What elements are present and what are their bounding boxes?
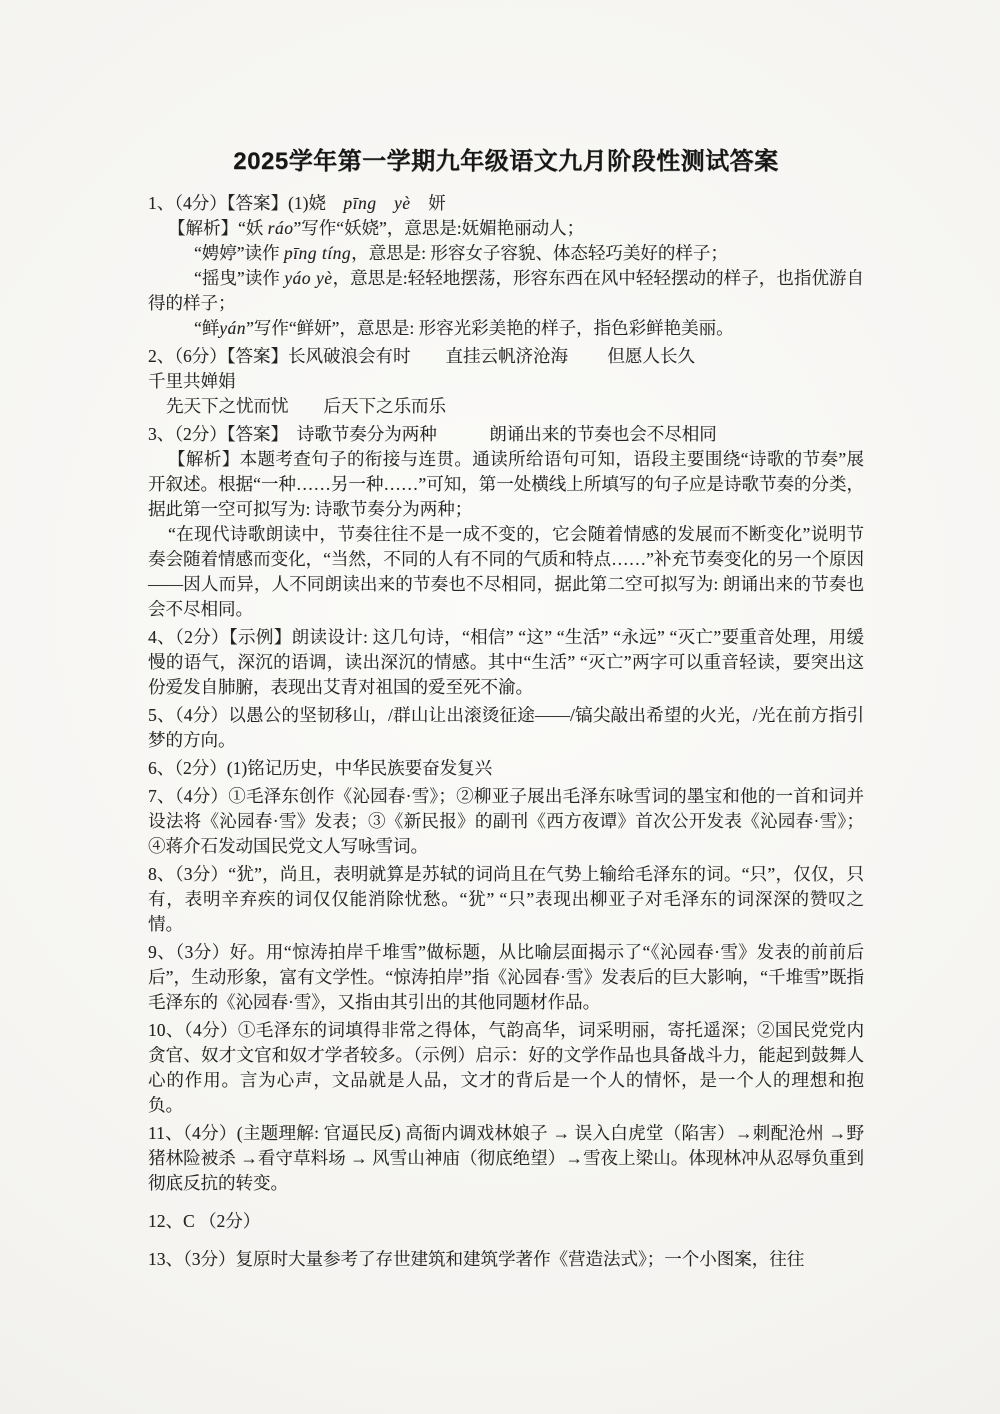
text-run: 8、（3分）“犹”，尚且，表明就算是苏轼的词尚且在气势上输给毛泽东的词。“只”，… xyxy=(148,864,864,934)
q2-answer: 2、（6分）【答案】长风破浪会有时 直挂云帆济沧海 但愿人长久 xyxy=(148,344,864,369)
text-run: 10、（4分）①毛泽东的词填得非常之得体，气韵高华，词采明丽，寄托遥深；②国民党… xyxy=(148,1020,864,1115)
text-run: 9、（3分）好。用“惊涛拍岸千堆雪”做标题，从比喻层面揭示了“《沁园春·雪》发表… xyxy=(148,942,864,1012)
text-run xyxy=(377,193,395,213)
pinyin-text: pīng tíng xyxy=(284,243,351,263)
q1-analysis-xianyan: “鲜yán”写作“鲜妍”，意思是: 形容光彩美艳的样子，指色彩鲜艳美丽。 xyxy=(148,316,864,341)
q11-answer: 11、（4分）(主题理解: 官逼民反) 高衙内调戏林娘子 → 误入白虎堂（陷害）… xyxy=(148,1121,864,1196)
q1-analysis-yaoye: “摇曳”读作 yáo yè，意思是:轻轻地摆荡，形容东西在风中轻轻摆动的样子，也… xyxy=(148,266,864,316)
text-run: 3、（2分）【答案】 诗歌节奏分为两种 朗诵出来的节奏也会不尽相同 xyxy=(148,424,717,444)
pinyin-text: pīng xyxy=(343,193,376,213)
q3-answer: 3、（2分）【答案】 诗歌节奏分为两种 朗诵出来的节奏也会不尽相同 xyxy=(148,422,864,447)
q8-answer: 8、（3分）“犹”，尚且，表明就算是苏轼的词尚且在气势上输给毛泽东的词。“只”，… xyxy=(148,862,864,937)
q7-answer: 7、（4分）①毛泽东创作《沁园春·雪》；②柳亚子展出毛泽东咏雪词的墨宝和他的一首… xyxy=(148,784,864,859)
q2-answer-line2: 千里共婵娟 xyxy=(148,369,864,394)
pinyin-text: ráo xyxy=(268,218,294,238)
q12-answer: 12、C （2分） xyxy=(148,1209,864,1234)
pinyin-text: yán xyxy=(219,318,246,338)
text-run: “娉婷”读作 xyxy=(194,243,284,263)
answer-sheet-page: 2025学年第一学期九年级语文九月阶段性测试答案 1、（4分）【答案】(1)娆 … xyxy=(148,146,864,1272)
text-run: “在现代诗歌朗读中，节奏往往不是一成不变的，它会随着情感的发展而不断变化”说明节… xyxy=(148,524,864,619)
q1-answer: 1、（4分）【答案】(1)娆 pīng yè 妍 xyxy=(148,191,864,216)
exam-answer-screenshot: { "colors": { "paper": "#f4f3f0", "ink":… xyxy=(0,0,1000,1414)
text-run: 妍 xyxy=(411,193,446,213)
q3-analysis-1: 【解析】本题考查句子的衔接与连贯。通读所给语句可知，语段主要围绕“诗歌的节奏”展… xyxy=(148,447,864,522)
text-run: 7、（4分）①毛泽东创作《沁园春·雪》；②柳亚子展出毛泽东咏雪词的墨宝和他的一首… xyxy=(148,786,864,856)
q6-answer: 6、（2分）(1)铭记历史，中华民族要奋发复兴 xyxy=(148,756,864,781)
text-run: 4、（2分）【示例】朗读设计: 这几句诗，“相信” “这” “生活” “永远” … xyxy=(148,627,864,697)
q5-answer: 5、（4分）以愚公的坚韧移山，/群山让出滚烫征途——/镐尖敲出希望的火光，/光在… xyxy=(148,703,864,753)
text-run: 12、C （2分） xyxy=(148,1211,260,1231)
text-run: 【解析】本题考查句子的衔接与连贯。通读所给语句可知，语段主要围绕“诗歌的节奏”展… xyxy=(148,449,864,519)
q4-answer: 4、（2分）【示例】朗读设计: 这几句诗，“相信” “这” “生活” “永远” … xyxy=(148,625,864,700)
answer-body: 1、（4分）【答案】(1)娆 pīng yè 妍【解析】“妖 ráo”写作“妖娆… xyxy=(148,191,864,1272)
q9-answer: 9、（3分）好。用“惊涛拍岸千堆雪”做标题，从比喻层面揭示了“《沁园春·雪》发表… xyxy=(148,940,864,1015)
text-run: 2、（6分）【答案】长风破浪会有时 直挂云帆济沧海 但愿人长久 xyxy=(148,346,695,366)
q3-analysis-2: “在现代诗歌朗读中，节奏往往不是一成不变的，它会随着情感的发展而不断变化”说明节… xyxy=(148,522,864,622)
text-run: ”写作“妖娆”，意思是:妩媚艳丽动人； xyxy=(293,218,584,238)
text-run: 13、（3分）复原时大量参考了存世建筑和建筑学著作《营造法式》；一个小图案，往往 xyxy=(148,1249,804,1269)
q10-answer: 10、（4分）①毛泽东的词填得非常之得体，气韵高华，词采明丽，寄托遥深；②国民党… xyxy=(148,1018,864,1118)
text-run: 先天下之忧而忧 后天下之乐而乐 xyxy=(166,396,446,416)
text-run: 5、（4分）以愚公的坚韧移山，/群山让出滚烫征途——/镐尖敲出希望的火光，/光在… xyxy=(148,705,864,750)
text-run: 11、（4分）(主题理解: 官逼民反) 高衙内调戏林娘子 → 误入白虎堂（陷害）… xyxy=(148,1123,864,1193)
text-run: “鲜 xyxy=(194,318,219,338)
q1-analysis-pingting: “娉婷”读作 pīng tíng，意思是: 形容女子容貌、体态轻巧美好的样子； xyxy=(148,241,864,266)
q13-answer: 13、（3分）复原时大量参考了存世建筑和建筑学著作《营造法式》；一个小图案，往往 xyxy=(148,1247,864,1272)
text-run: 【解析】“妖 xyxy=(168,218,268,238)
pinyin-text: yáo yè xyxy=(284,268,332,288)
q2-answer-line3: 先天下之忧而忧 后天下之乐而乐 xyxy=(148,394,864,419)
page-title: 2025学年第一学期九年级语文九月阶段性测试答案 xyxy=(148,146,864,178)
text-run: 1、（4分）【答案】(1)娆 xyxy=(148,193,343,213)
pinyin-text: yè xyxy=(394,193,411,213)
q1-analysis-yaorao: 【解析】“妖 ráo”写作“妖娆”，意思是:妩媚艳丽动人； xyxy=(148,216,864,241)
text-run: 6、（2分）(1)铭记历史，中华民族要奋发复兴 xyxy=(148,758,492,778)
text-run: 千里共婵娟 xyxy=(148,371,236,391)
text-run: “摇曳”读作 xyxy=(194,268,284,288)
text-run: ，意思是: 形容女子容貌、体态轻巧美好的样子； xyxy=(351,243,728,263)
text-run: ”写作“鲜妍”，意思是: 形容光彩美艳的样子，指色彩鲜艳美丽。 xyxy=(246,318,734,338)
